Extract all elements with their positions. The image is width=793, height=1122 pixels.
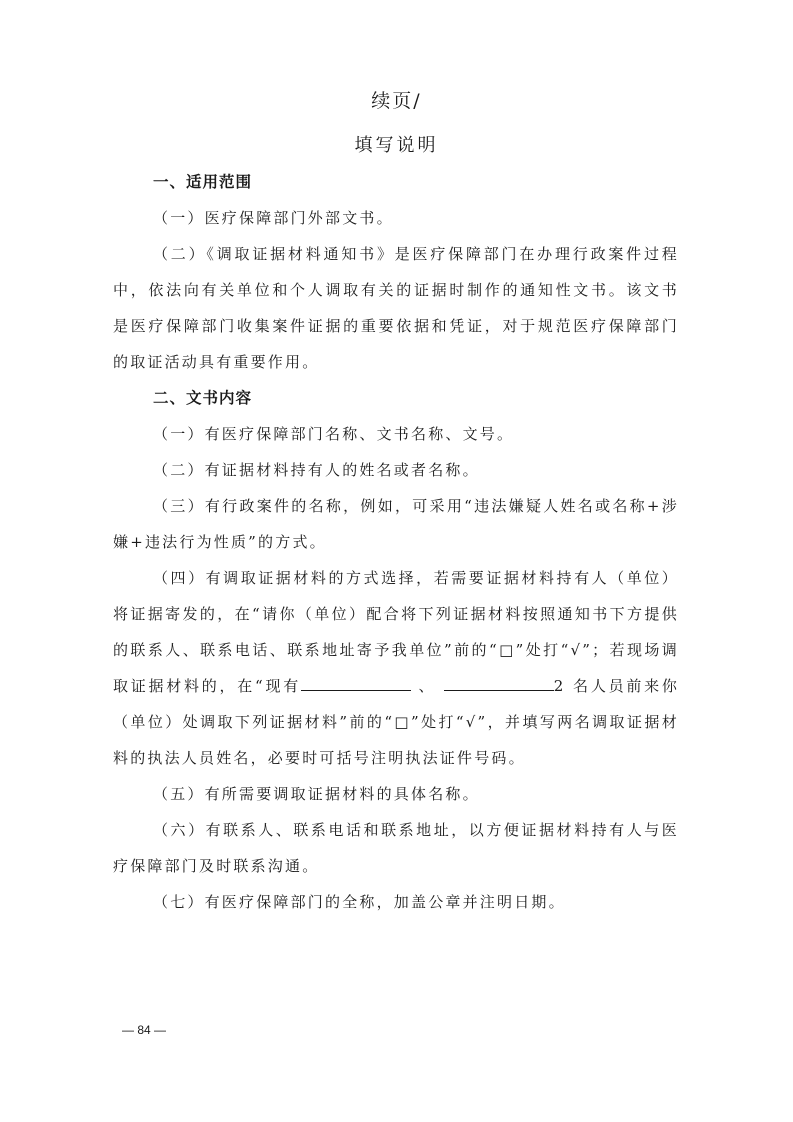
paragraph: （一）医疗保障部门外部文书。 bbox=[113, 200, 679, 236]
paragraph: （七）有医疗保障部门的全称，加盖公章并注明日期。 bbox=[113, 884, 679, 920]
paragraph: （五）有所需要调取证据材料的具体名称。 bbox=[113, 776, 679, 812]
paragraph: （二）《调取证据材料通知书》是医疗保障部门在办理行政案件过程中，依法向有关单位和… bbox=[113, 236, 679, 380]
blank-line-officer-2 bbox=[444, 676, 554, 691]
paragraph: （二）有证据材料持有人的姓名或者名称。 bbox=[113, 452, 679, 488]
document-body: 一、适用范围 （一）医疗保障部门外部文书。 （二）《调取证据材料通知书》是医疗保… bbox=[113, 164, 679, 920]
section-heading-scope: 一、适用范围 bbox=[113, 164, 679, 200]
doc-title: 填写说明 bbox=[0, 131, 793, 157]
item4-separator: 、 bbox=[419, 677, 437, 695]
page-number: — 84 — bbox=[122, 1023, 166, 1037]
paragraph: （三）有行政案件的名称，例如，可采用“违法嫌疑人姓名或名称+涉嫌+违法行为性质”… bbox=[113, 488, 679, 560]
blank-line-officer-1 bbox=[301, 676, 411, 691]
paragraph-item4: （四）有调取证据材料的方式选择，若需要证据材料持有人（单位）将证据寄发的，在“请… bbox=[113, 560, 679, 776]
paragraph: （六）有联系人、联系电话和联系地址，以方便证据材料持有人与医疗保障部门及时联系沟… bbox=[113, 812, 679, 884]
page-header: 续页/ bbox=[0, 86, 793, 113]
paragraph: （一）有医疗保障部门名称、文书名称、文号。 bbox=[113, 416, 679, 452]
section-heading-content: 二、文书内容 bbox=[113, 380, 679, 416]
